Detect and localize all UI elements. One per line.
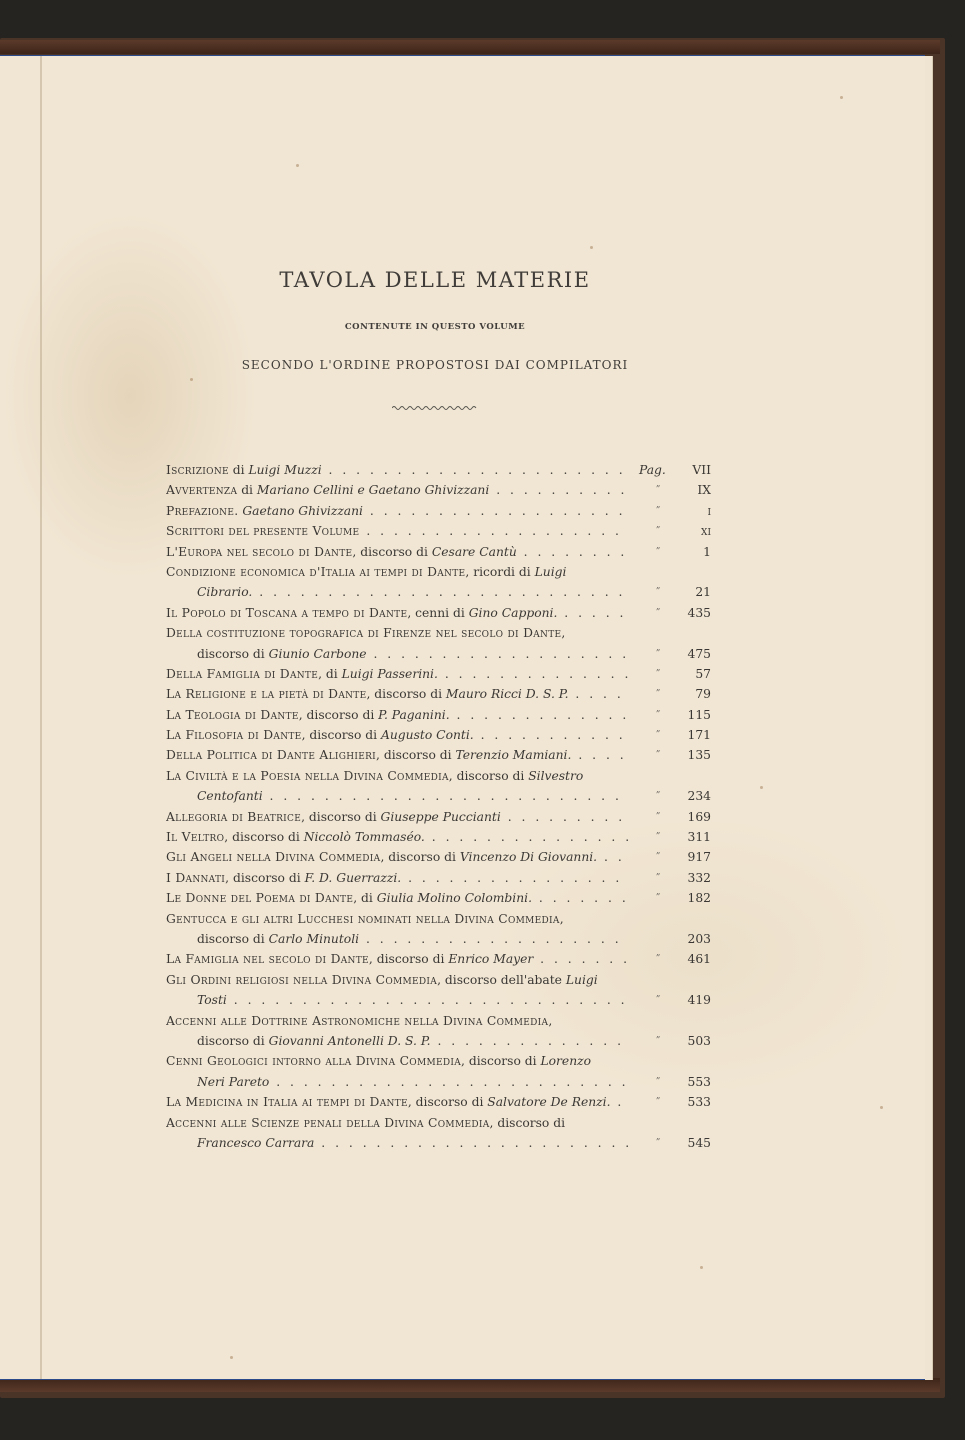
page-number: 533 [676,1092,711,1112]
entry-title: Il Veltro [166,830,224,844]
page-number: 57 [676,664,711,684]
toc-entry: Gentucca e gli altri Lucchesi nominati n… [166,909,716,929]
page-number: VII [676,460,711,480]
toc-entry-text: Della Politica di Dante Alighieri, disco… [166,745,628,765]
leader-dots: . . . . . . . . . . . . . . . . . . . . … [450,708,628,722]
entry-connector: , discorso di [301,810,380,824]
toc-entry-text: Tosti . . . . . . . . . . . . . . . . . … [197,990,628,1010]
entry-connector: discorso di [197,932,269,946]
page-number: 419 [676,990,711,1010]
entry-connector: , discorso di [408,1095,487,1109]
entry-title: La Famiglia nel secolo di Dante [166,952,369,966]
entry-author: Luigi Muzzi [249,463,322,477]
leader-dots: . . . . . . . . . . . . . . . . . . . . … [610,1095,628,1109]
entry-title: La Teologia di Dante [166,708,299,722]
toc-entry-text: Condizione economica d'Italia ai tempi d… [166,562,628,582]
toc-entry-text: Le Donne del Poema di Dante, di Giulia M… [166,888,628,908]
entry-author: F. D. Guerrazzi. [305,871,402,885]
leader-dots: . . . . . . . . . . . . . . . . . . . . … [489,483,628,497]
entry-connector: , discorso di [376,748,455,762]
ditto-mark: ” [651,1072,665,1092]
page-subtitle-small: CONTENUTE IN QUESTO VOLUME [0,322,870,332]
ditto-mark: ” [651,664,665,684]
entry-connector: , discorso di [299,708,378,722]
page-number: 115 [676,705,711,725]
toc-entry-text: La Filosofia di Dante, discorso di Augus… [166,725,628,745]
ditto-mark: ” [651,705,665,725]
toc-entry-text: Accenni alle Dottrine Astronomiche nella… [166,1011,628,1031]
entry-title: La Medicina in Italia ai tempi di Dante [166,1095,408,1109]
page-number: 461 [676,949,711,969]
leader-dots: . . . . . . . . . . . . . . . . . . . . … [359,932,628,946]
toc-entry-text: Allegoria di Beatrice, discorso di Giuse… [166,807,628,827]
toc-entry: Prefazione. Gaetano Ghivizzani . . . . .… [166,501,716,521]
page-number: 553 [676,1072,711,1092]
entry-author: Enrico Mayer [448,952,533,966]
entry-author: Mauro Ricci D. S. P. [446,687,569,701]
entry-title: Accenni alle Scienze penali della Divina… [166,1116,490,1130]
toc-entry: La Famiglia nel secolo di Dante, discors… [166,949,716,969]
entry-connector: , discorso di [352,545,431,559]
entry-title: Cenni Geologici intorno alla Divina Comm… [166,1054,461,1068]
toc-entry-text: discorso di Giunio Carbone . . . . . . .… [197,644,628,664]
entry-author: Francesco Carrara [197,1136,314,1150]
entry-author: Giulia Molino Colombini. [377,891,532,905]
page-subtitle: SECONDO L'ORDINE PROPOSTOSI DAI COMPILAT… [0,358,870,372]
ditto-mark: ” [651,847,665,867]
entry-connector: , discorso di [369,952,448,966]
entry-title: Scrittori del presente Volume [166,524,359,538]
leader-dots: . . . . . . . . . . . . . . . . . . . . … [568,687,628,701]
entry-connector: , discorso di [380,850,459,864]
entry-author: Gaetano Ghivizzani [242,504,363,518]
entry-author: Giuseppe Puccianti [381,810,501,824]
entry-author: Luigi [566,973,598,987]
leader-dots: . . . . . . . . . . . . . . . . . . . . … [501,810,628,824]
toc-entry-continuation: discorso di Giovanni Antonelli D. S. P. … [166,1031,716,1051]
toc-entry-text: Il Veltro, discorso di Niccolò Tommaséo.… [166,827,628,847]
toc-entry-text: Prefazione. Gaetano Ghivizzani . . . . .… [166,501,628,521]
toc-entry: Della costituzione topografica di Firenz… [166,623,716,643]
toc-entry-text: discorso di Giovanni Antonelli D. S. P. … [197,1031,628,1051]
ditto-mark: ” [651,725,665,745]
entry-title: Della costituzione topografica di Firenz… [166,626,561,640]
entry-author: Luigi Passerini. [342,667,438,681]
ditto-mark: ” [651,684,665,704]
table-of-contents: Iscrizione di Luigi Muzzi . . . . . . . … [166,460,716,1153]
toc-entry: Scrittori del presente Volume . . . . . … [166,521,716,541]
entry-connector: discorso di [197,1034,269,1048]
leader-dots: . . . . . . . . . . . . . . . . . . . . … [363,504,628,518]
toc-entry-text: Scrittori del presente Volume . . . . . … [166,521,628,541]
entry-author: Cibrario. [197,585,252,599]
entry-connector: , [560,912,564,926]
toc-entry: La Civiltà e la Poesia nella Divina Comm… [166,766,716,786]
toc-entry: Gli Angeli nella Divina Commedia, discor… [166,847,716,867]
leader-dots: . . . . . . . . . . . . . . . . . . . . … [252,585,628,599]
toc-entry-text: Iscrizione di Luigi Muzzi . . . . . . . … [166,460,628,480]
entry-title: Le Donne del Poema di Dante [166,891,353,905]
toc-entry: L'Europa nel secolo di Dante, discorso d… [166,542,716,562]
leader-dots: . . . . . . . . . . . . . . . . . . . . … [533,952,628,966]
toc-entry: Gli Ordini religiosi nella Divina Commed… [166,970,716,990]
entry-title: Della Famiglia di Dante [166,667,318,681]
toc-entry-text: Cibrario. . . . . . . . . . . . . . . . … [197,582,628,602]
toc-entry-text: L'Europa nel secolo di Dante, discorso d… [166,542,628,562]
entry-title: Gentucca e gli altri Lucchesi nominati n… [166,912,560,926]
toc-entry-text: Gli Angeli nella Divina Commedia, discor… [166,847,628,867]
entry-connector: , discorso di [449,769,528,783]
toc-entry: Condizione economica d'Italia ai tempi d… [166,562,716,582]
ditto-mark: ” [651,644,665,664]
entry-title: Il Popolo di Toscana a tempo di Dante [166,606,407,620]
ditto-mark: ” [651,949,665,969]
page-number: 435 [676,603,711,623]
ditto-mark: ” [651,888,665,908]
ditto-mark: ” [651,480,665,500]
entry-author: Giovanni Antonelli D. S. P. [269,1034,431,1048]
page-number: 169 [676,807,711,827]
toc-entry-text: I Dannati, discorso di F. D. Guerrazzi. … [166,868,628,888]
page-number: xi [676,521,711,541]
toc-entry-text: Della Famiglia di Dante, di Luigi Passer… [166,664,628,684]
entry-author: Mariano Cellini e Gaetano Ghivizzani [257,483,489,497]
entry-title: Prefazione. [166,504,238,518]
toc-entry-text: Gli Ordini religiosi nella Divina Commed… [166,970,628,990]
entry-author: Giunio Carbone [269,647,367,661]
entry-connector: , discorso di [224,830,303,844]
ditto-mark: ” [651,786,665,806]
entry-connector: di [237,483,257,497]
entry-author: P. Paganini. [378,708,449,722]
toc-entry: I Dannati, discorso di F. D. Guerrazzi. … [166,868,716,888]
entry-title: I Dannati [166,871,225,885]
entry-connector: , [548,1014,552,1028]
entry-author: Augusto Conti. [381,728,474,742]
entry-author: Lorenzo [540,1054,591,1068]
toc-entry-continuation: Centofanti . . . . . . . . . . . . . . .… [166,786,716,806]
entry-author: Luigi [535,565,567,579]
entry-title: L'Europa nel secolo di Dante [166,545,352,559]
leader-dots: . . . . . . . . . . . . . . . . . . . . … [474,728,628,742]
ditto-mark: ” [651,745,665,765]
book-page: TAVOLA DELLE MATERIE CONTENUTE IN QUESTO… [0,55,925,1380]
entry-connector: , discorso di [366,687,445,701]
ditto-mark: ” [651,521,665,541]
wavy-rule-ornament [392,405,478,411]
entry-connector: , discorso dell'abate [437,973,566,987]
entry-author: Niccolò Tommaséo. [304,830,425,844]
toc-entry: Della Politica di Dante Alighieri, disco… [166,745,716,765]
entry-title: La Religione e la pietà di Dante [166,687,366,701]
page-number: i [676,501,711,521]
page-number: 332 [676,868,711,888]
entry-author: Salvatore De Renzi. [487,1095,610,1109]
toc-entry: Avvertenza di Mariano Cellini e Gaetano … [166,480,716,500]
leader-dots: . . . . . . . . . . . . . . . . . . . . … [269,1075,628,1089]
page-number: 171 [676,725,711,745]
page-number: 79 [676,684,711,704]
toc-entry: La Medicina in Italia ai tempi di Dante,… [166,1092,716,1112]
leader-dots: . . . . . . . . . . . . . . . . . . . . … [367,647,628,661]
page-number: 475 [676,644,711,664]
cover-edge-top [0,40,940,54]
toc-entry: Allegoria di Beatrice, discorso di Giuse… [166,807,716,827]
toc-entry-text: Accenni alle Scienze penali della Divina… [166,1113,628,1133]
toc-entry-continuation: discorso di Giunio Carbone . . . . . . .… [166,644,716,664]
entry-title: Iscrizione [166,463,229,477]
toc-entry: La Teologia di Dante, discorso di P. Pag… [166,705,716,725]
page-label: Pag. [639,460,666,480]
toc-entry-text: La Teologia di Dante, discorso di P. Pag… [166,705,628,725]
page-number: 503 [676,1031,711,1051]
leader-dots: . . . . . . . . . . . . . . . . . . . . … [227,993,628,1007]
entry-connector: , ricordi di [465,565,534,579]
ditto-mark: ” [651,1092,665,1112]
toc-entry-text: discorso di Carlo Minutoli . . . . . . .… [197,929,628,949]
entry-author: Silvestro [528,769,583,783]
page-number: 234 [676,786,711,806]
leader-dots: . . . . . . . . . . . . . . . . . . . . … [322,463,628,477]
toc-entry: Accenni alle Dottrine Astronomiche nella… [166,1011,716,1031]
entry-title: Avvertenza [166,483,237,497]
leader-dots: . . . . . . . . . . . . . . . . . . . . … [571,748,628,762]
page-number: 182 [676,888,711,908]
entry-title: Accenni alle Dottrine Astronomiche nella… [166,1014,548,1028]
cover-edge-bottom [0,1378,940,1392]
entry-author: Tosti [197,993,227,1007]
toc-entry-text: Centofanti . . . . . . . . . . . . . . .… [197,786,628,806]
toc-entry: Il Popolo di Toscana a tempo di Dante, c… [166,603,716,623]
entry-connector: , di [353,891,377,905]
ditto-mark: ” [651,501,665,521]
entry-title: Della Politica di Dante Alighieri [166,748,376,762]
toc-entry-text: Neri Pareto . . . . . . . . . . . . . . … [197,1072,628,1092]
page-number: IX [676,480,711,500]
toc-entry: Iscrizione di Luigi Muzzi . . . . . . . … [166,460,716,480]
toc-entry-text: La Medicina in Italia ai tempi di Dante,… [166,1092,628,1112]
toc-entry-text: Francesco Carrara . . . . . . . . . . . … [197,1133,628,1153]
ditto-mark: ” [651,1031,665,1051]
page-title: TAVOLA DELLE MATERIE [0,268,870,292]
ditto-mark: ” [651,603,665,623]
ditto-mark: ” [651,868,665,888]
leader-dots: . . . . . . . . . . . . . . . . . . . . … [263,789,628,803]
toc-entry-text: Gentucca e gli altri Lucchesi nominati n… [166,909,628,929]
ditto-mark: ” [651,542,665,562]
leader-dots: . . . . . . . . . . . . . . . . . . . . … [597,850,628,864]
ditto-mark: ” [651,582,665,602]
toc-entry: Cenni Geologici intorno alla Divina Comm… [166,1051,716,1071]
entry-connector: , discorso di [490,1116,566,1130]
entry-title: La Civiltà e la Poesia nella Divina Comm… [166,769,449,783]
entry-connector: , [561,626,565,640]
ditto-mark: ” [651,827,665,847]
entry-connector: , cenni di [407,606,468,620]
entry-connector: , di [318,667,342,681]
leader-dots: . . . . . . . . . . . . . . . . . . . . … [359,524,628,538]
toc-entry-text: Della costituzione topografica di Firenz… [166,623,628,643]
leader-dots: . . . . . . . . . . . . . . . . . . . . … [438,667,628,681]
toc-entry-continuation: Tosti . . . . . . . . . . . . . . . . . … [166,990,716,1010]
leader-dots: . . . . . . . . . . . . . . . . . . . . … [314,1136,628,1150]
entry-author: Cesare Cantù [432,545,517,559]
toc-entry: Accenni alle Scienze penali della Divina… [166,1113,716,1133]
toc-entry: Il Veltro, discorso di Niccolò Tommaséo.… [166,827,716,847]
page-number: 21 [676,582,711,602]
entry-connector: , discorso di [225,871,304,885]
leader-dots: . . . . . . . . . . . . . . . . . . . . … [557,606,628,620]
entry-connector: , discorso di [302,728,381,742]
entry-connector: di [229,463,249,477]
toc-entry: Della Famiglia di Dante, di Luigi Passer… [166,664,716,684]
leader-dots: . . . . . . . . . . . . . . . . . . . . … [532,891,628,905]
page-number: 917 [676,847,711,867]
ditto-mark: ” [651,990,665,1010]
entry-author: Centofanti [197,789,263,803]
leader-dots: . . . . . . . . . . . . . . . . . . . . … [431,1034,628,1048]
page-number: 311 [676,827,711,847]
entry-author: Terenzio Mamiani. [455,748,571,762]
entry-author: Carlo Minutoli [269,932,359,946]
toc-entry-text: La Famiglia nel secolo di Dante, discors… [166,949,628,969]
entry-title: Condizione economica d'Italia ai tempi d… [166,565,465,579]
toc-entry: Le Donne del Poema di Dante, di Giulia M… [166,888,716,908]
entry-title: Gli Angeli nella Divina Commedia [166,850,380,864]
page-number: 545 [676,1133,711,1153]
page-number: 1 [676,542,711,562]
entry-title: Allegoria di Beatrice [166,810,301,824]
leader-dots: . . . . . . . . . . . . . . . . . . . . … [517,545,628,559]
leader-dots: . . . . . . . . . . . . . . . . . . . . … [401,871,628,885]
page-number: 203 [676,929,711,949]
toc-entry-text: Avvertenza di Mariano Cellini e Gaetano … [166,480,628,500]
entry-title: La Filosofia di Dante [166,728,302,742]
toc-entry-text: La Civiltà e la Poesia nella Divina Comm… [166,766,628,786]
entry-author: Gino Capponi. [469,606,558,620]
entry-connector: discorso di [197,647,269,661]
toc-entry-text: Cenni Geologici intorno alla Divina Comm… [166,1051,628,1071]
entry-author: Neri Pareto [197,1075,269,1089]
toc-entry-continuation: Neri Pareto . . . . . . . . . . . . . . … [166,1072,716,1092]
entry-connector: , discorso di [461,1054,540,1068]
toc-entry-continuation: Cibrario. . . . . . . . . . . . . . . . … [166,582,716,602]
ditto-mark: ” [651,807,665,827]
entry-title: Gli Ordini religiosi nella Divina Commed… [166,973,437,987]
toc-entry-text: Il Popolo di Toscana a tempo di Dante, c… [166,603,628,623]
toc-entry-continuation: Francesco Carrara . . . . . . . . . . . … [166,1133,716,1153]
toc-entry: La Filosofia di Dante, discorso di Augus… [166,725,716,745]
toc-entry-text: La Religione e la pietà di Dante, discor… [166,684,628,704]
toc-entry-continuation: discorso di Carlo Minutoli . . . . . . .… [166,929,716,949]
page-number: 135 [676,745,711,765]
gutter-fold [40,56,42,1379]
entry-author: Vincenzo Di Giovanni. [460,850,597,864]
ditto-mark: ” [651,1133,665,1153]
toc-entry: La Religione e la pietà di Dante, discor… [166,684,716,704]
leader-dots: . . . . . . . . . . . . . . . . . . . . … [425,830,628,844]
